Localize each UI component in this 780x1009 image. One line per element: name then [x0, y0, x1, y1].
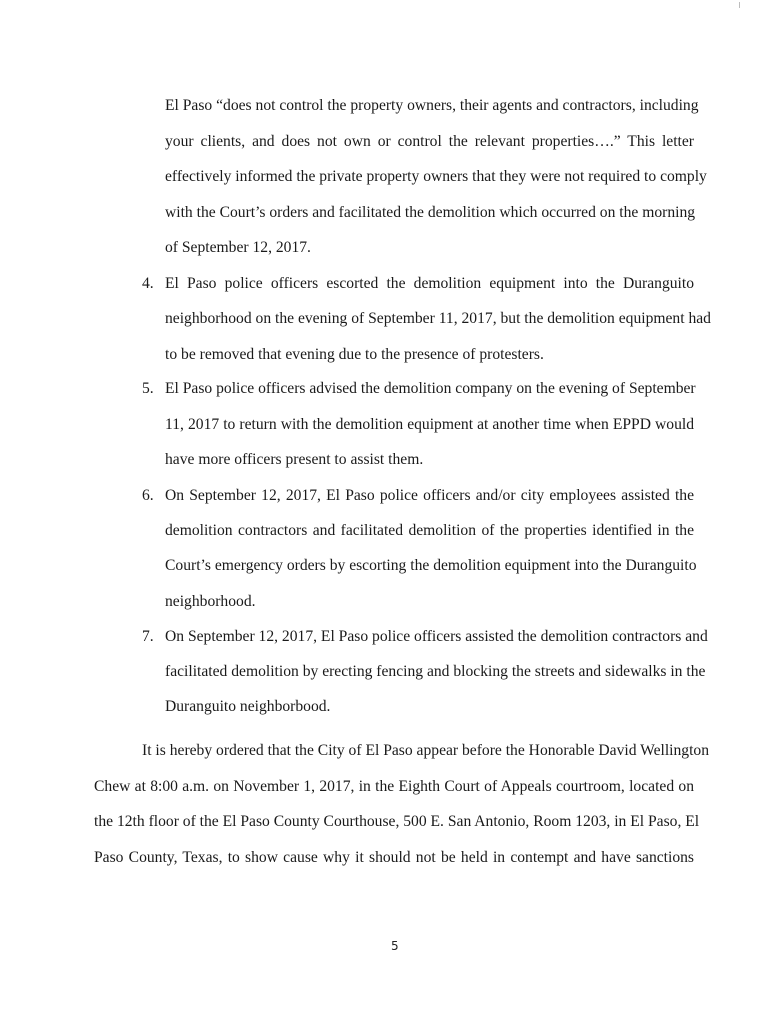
text-line: effectively informed the private propert…: [165, 167, 694, 187]
text-line: Paso County, Texas, to show cause why it…: [94, 848, 694, 868]
page-number: 5: [391, 939, 399, 953]
item-number: 4.: [142, 274, 154, 294]
item-number: 5.: [142, 379, 154, 399]
text-line: demolition contractors and facilitated d…: [165, 521, 694, 541]
text-line: Duranguito neighborbood.: [165, 697, 694, 717]
item-number: 6.: [142, 486, 154, 506]
text-line: the 12th floor of the El Paso County Cou…: [94, 812, 694, 832]
text-line: your clients, and does not own or contro…: [165, 132, 694, 152]
text-line: facilitated demolition by erecting fenci…: [165, 662, 694, 682]
text-line: Chew at 8:00 a.m. on November 1, 2017, i…: [94, 777, 694, 797]
text-line: neighborhood on the evening of September…: [165, 309, 694, 329]
item-number: 7.: [142, 627, 154, 647]
text-line: El Paso police officers escorted the dem…: [165, 274, 694, 294]
text-line: to be removed that evening due to the pr…: [165, 345, 694, 365]
text-line: of September 12, 2017.: [165, 238, 694, 258]
text-line: On September 12, 2017, El Paso police of…: [165, 486, 694, 506]
scan-mark: [739, 2, 740, 8]
text-line: El Paso police officers advised the demo…: [165, 379, 694, 399]
text-line: Court’s emergency orders by escorting th…: [165, 556, 694, 576]
text-line: 11, 2017 to return with the demolition e…: [165, 415, 694, 435]
text-line: It is hereby ordered that the City of El…: [142, 741, 694, 761]
text-line: El Paso “does not control the property o…: [165, 96, 694, 116]
text-line: with the Court’s orders and facilitated …: [165, 203, 694, 223]
text-line: have more officers present to assist the…: [165, 450, 694, 470]
text-line: neighborhood.: [165, 592, 694, 612]
text-line: On September 12, 2017, El Paso police of…: [165, 627, 694, 647]
document-page: El Paso “does not control the property o…: [0, 0, 780, 1009]
